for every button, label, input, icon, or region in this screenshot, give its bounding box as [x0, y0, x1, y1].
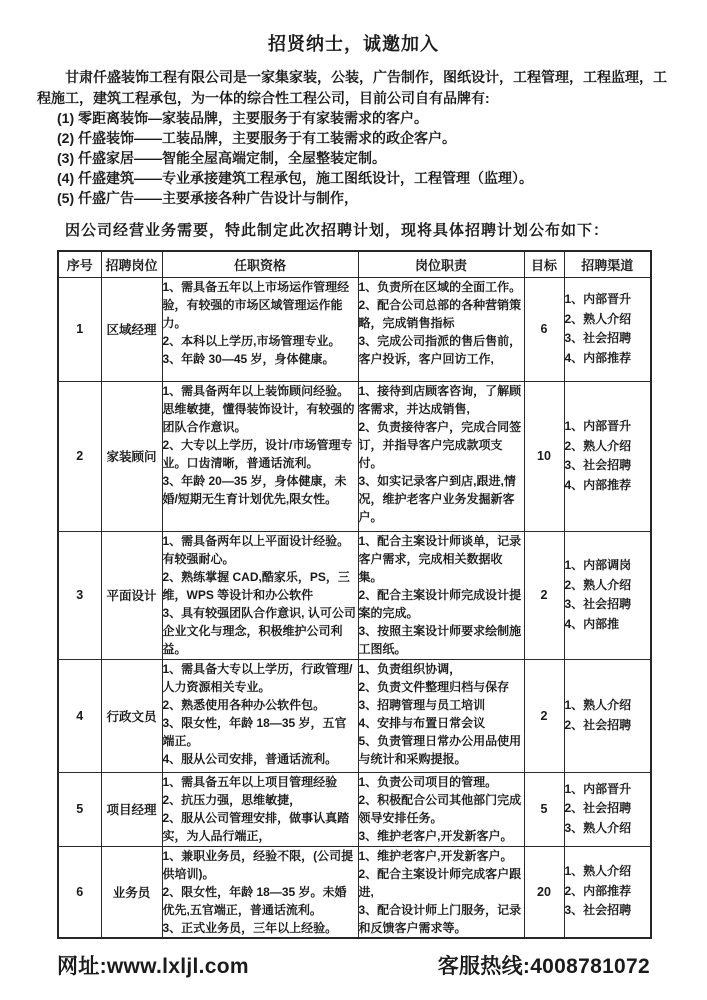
brand-item-3: (3) 仟盛家居——智能全屋高端定制，全屋整装定制。	[37, 148, 670, 168]
cell-responsibilities: 1、负责所在区域的全面工作。 2、配合公司总部的各种营销策略，完成销售指标 3、…	[358, 277, 524, 381]
cell-qualifications: 1、需具备两年以上平面设计经验。有较强耐心。 2、熟练掌握 CAD,酷家乐，PS…	[162, 531, 358, 659]
table-row-3: 3 平面设计 1、需具备两年以上平面设计经验。有较强耐心。 2、熟练掌握 CAD…	[58, 531, 651, 659]
cell-qualifications: 1、需具备两年以上装饰顾问经验。思维敏捷，懂得装饰设计，有较强的团队合作意识。 …	[162, 381, 358, 531]
cell-target: 10	[524, 381, 564, 531]
brand-item-5: (5) 仟盛广告——主要承接各种广告设计与制作，	[37, 188, 670, 208]
cell-position: 平面设计	[101, 531, 162, 659]
website-text: 网址:www.lxljl.com	[57, 950, 249, 980]
cell-target: 2	[524, 531, 564, 659]
col-header-qualifications: 任职资格	[162, 251, 358, 277]
cell-channels: 1、内部晋升 2、熟人介绍 3、社会招聘 4、内部推荐	[564, 277, 651, 381]
recruitment-flyer: 招贤纳士，诚邀加入 甘肃仟盛装饰工程有限公司是一家集家装，公装，广告制作，图纸设…	[0, 0, 707, 980]
cell-target: 2	[524, 659, 564, 772]
brand-item-2: (2) 仟盛装饰——工装品牌，主要服务于有工装需求的政企客户。	[37, 128, 670, 148]
brand-list: (1) 零距离装饰—家装品牌，主要服务于有家装需求的客户。 (2) 仟盛装饰——…	[37, 108, 670, 208]
cell-no: 6	[58, 846, 101, 938]
cell-target: 20	[524, 846, 564, 938]
cell-no: 1	[58, 277, 101, 381]
cell-position: 家装顾问	[101, 381, 162, 531]
col-header-responsibilities: 岗位职责	[358, 251, 524, 277]
cell-no: 5	[58, 772, 101, 846]
cell-target: 5	[524, 772, 564, 846]
cell-channels: 1、内部调岗 2、熟人介绍 3、社会招聘 4、内部推	[564, 531, 651, 659]
table-header-row: 序号 招聘岗位 任职资格 岗位职责 目标 招聘渠道	[58, 251, 651, 277]
cell-no: 3	[58, 531, 101, 659]
table-row-4: 4 行政文员 1、需具备大专以上学历，行政管理/人力资源相关专业。 2、熟悉使用…	[58, 659, 651, 772]
col-header-no: 序号	[58, 251, 101, 277]
cell-qualifications: 1、需具备五年以上市场运作管理经验，有较强的市场区域管理运作能力。 2、本科以上…	[162, 277, 358, 381]
recruitment-table: 序号 招聘岗位 任职资格 岗位职责 目标 招聘渠道 1 区域经理 1、需具备五年…	[57, 250, 652, 939]
cell-responsibilities: 1、接待到店顾客咨询，了解顾客需求，并达成销售, 2、负责接待客户，完成合同签订…	[358, 381, 524, 531]
cell-position: 项目经理	[101, 772, 162, 846]
cell-channels: 1、熟人介绍 2、社会招聘	[564, 659, 651, 772]
cell-responsibilities: 1、负责组织协调， 2、负责文件整理归档与保存 3、招聘管理与员工培训 4、安排…	[358, 659, 524, 772]
brand-item-1: (1) 零距离装饰—家装品牌，主要服务于有家装需求的客户。	[37, 108, 670, 128]
cell-no: 4	[58, 659, 101, 772]
cell-position: 区域经理	[101, 277, 162, 381]
cell-no: 2	[58, 381, 101, 531]
plan-note: 因公司经营业务需要，特此制定此次招聘计划，现将具体招聘计划公布如下：	[37, 220, 670, 241]
table-row-1: 1 区域经理 1、需具备五年以上市场运作管理经验，有较强的市场区域管理运作能力。…	[58, 277, 651, 381]
cell-responsibilities: 1、配合主案设计师谈单，记录客户需求，完成相关数据收集。 2、配合主案设计师完成…	[358, 531, 524, 659]
page-title: 招贤纳士，诚邀加入	[37, 32, 670, 56]
brand-item-4: (4) 仟盛建筑——专业承接建筑工程承包，施工图纸设计，工程管理（监理）。	[37, 168, 670, 188]
col-header-target: 目标	[524, 251, 564, 277]
cell-target: 6	[524, 277, 564, 381]
footer: 网址:www.lxljl.com 客服热线:4008781072	[57, 950, 650, 980]
col-header-position: 招聘岗位	[101, 251, 162, 277]
table-row-6: 6 业务员 1、兼职业务员，经验不限，(公司提供培训)。 2、限女性，年龄 18…	[58, 846, 651, 938]
cell-position: 业务员	[101, 846, 162, 938]
table-row-2: 2 家装顾问 1、需具备两年以上装饰顾问经验。思维敏捷，懂得装饰设计，有较强的团…	[58, 381, 651, 531]
hotline-text: 客服热线:4008781072	[438, 950, 650, 980]
table-row-5: 5 项目经理 1、需具备五年以上项目管理经验 2、抗压力强，思维敏捷， 2、服从…	[58, 772, 651, 846]
cell-qualifications: 1、需具备大专以上学历，行政管理/人力资源相关专业。 2、熟悉使用各种办公软件包…	[162, 659, 358, 772]
cell-channels: 1、熟人介绍 2、内部推荐 3、社会招聘	[564, 846, 651, 938]
cell-qualifications: 1、兼职业务员，经验不限，(公司提供培训)。 2、限女性，年龄 18—35 岁。…	[162, 846, 358, 938]
col-header-channels: 招聘渠道	[564, 251, 651, 277]
cell-channels: 1、内部晋升 2、熟人介绍 3、社会招聘 4、内部推荐	[564, 381, 651, 531]
cell-responsibilities: 1、维护老客户,开发新客户。 2、配合主案设计师完成客户跟进, 3、配合设计师上…	[358, 846, 524, 938]
cell-position: 行政文员	[101, 659, 162, 772]
company-intro-paragraph: 甘肃仟盛装饰工程有限公司是一家集家装，公装，广告制作，图纸设计，工程管理，工程监…	[37, 67, 670, 108]
cell-qualifications: 1、需具备五年以上项目管理经验 2、抗压力强，思维敏捷， 2、服从公司管理安排，…	[162, 772, 358, 846]
cell-responsibilities: 1、负责公司项目的管理。 2、积极配合公司其他部门完成领导安排任务。 3、维护老…	[358, 772, 524, 846]
cell-channels: 1、内部晋升 2、社会招聘 3、熟人介绍	[564, 772, 651, 846]
